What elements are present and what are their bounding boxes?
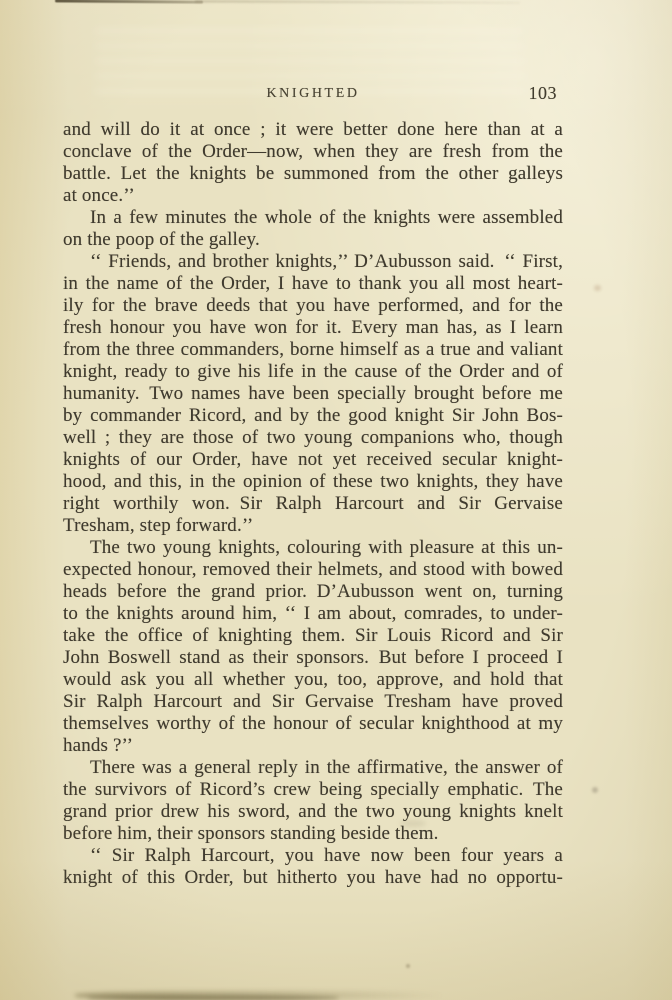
text-line: by commander Ricord, and by the good kni…: [63, 405, 563, 427]
text-line: and will do it at once ; it were better …: [63, 119, 563, 141]
paragraph: In a few minutes the whole of the knight…: [63, 207, 563, 251]
text-line: Tresham, step forward.’’: [63, 515, 563, 537]
text-line: ‘‘ Friends, and brother knights,’’ D’Aub…: [63, 251, 563, 273]
paragraph: ‘‘ Friends, and brother knights,’’ D’Aub…: [63, 251, 563, 537]
scan-artifact-top-edge: [55, 0, 203, 4]
text-line: knights of our Order, have not yet recei…: [63, 449, 563, 471]
running-title: KNIGHTED: [63, 86, 563, 102]
text-line: grand prior drew his sword, and the two …: [63, 801, 563, 823]
text-line: well ; they are those of two young compa…: [63, 427, 563, 449]
text-line: at once.’’: [63, 185, 563, 207]
text-line: knight of this Order, but hitherto you h…: [63, 867, 563, 889]
text-line: The two young knights, colouring with pl…: [63, 537, 563, 559]
text-line: to the knights around him, ‘‘ I am about…: [63, 603, 563, 625]
page-body: and will do it at once ; it were better …: [63, 119, 563, 889]
scan-artifact-bottom-shadow: [75, 991, 445, 1000]
text-line: ‘‘ Sir Ralph Harcourt, you have now been…: [63, 845, 563, 867]
text-line: knight, ready to give his life in the ca…: [63, 361, 563, 383]
text-line: the survivors of Ricord’s crew being spe…: [63, 779, 563, 801]
paragraph: The two young knights, colouring with pl…: [63, 537, 563, 757]
text-line: before him, their sponsors standing besi…: [63, 823, 563, 845]
text-line: would ask you all whether you, too, appr…: [63, 669, 563, 691]
scan-artifact-bottom-shadow: [88, 996, 338, 1000]
paper-speck: [592, 787, 598, 793]
text-line: ily for the brave deeds that you have pe…: [63, 295, 563, 317]
paper-speck: [406, 964, 410, 968]
paper-speck: [594, 285, 601, 291]
text-line: battle. Let the knights be summoned from…: [63, 163, 563, 185]
text-line: hood, and this, in the opinion of these …: [63, 471, 563, 493]
text-line: conclave of the Order—now, when they are…: [63, 141, 563, 163]
text-line: on the poop of the galley.: [63, 229, 563, 251]
text-line: In a few minutes the whole of the knight…: [63, 207, 563, 229]
book-page-scan: KNIGHTED 103 and will do it at once ; it…: [0, 0, 672, 1000]
page-number: 103: [529, 83, 558, 104]
page-header: KNIGHTED 103: [63, 83, 563, 105]
text-line: There was a general reply in the affirma…: [63, 757, 563, 779]
text-line: fresh honour you have won for it. Every …: [63, 317, 563, 339]
paragraph: There was a general reply in the affirma…: [63, 757, 563, 845]
scan-artifact-top-edge-faint: [195, 0, 520, 3]
text-line: in the name of the Order, I have to than…: [63, 273, 563, 295]
text-line: right worthily won. Sir Ralph Harcourt a…: [63, 493, 563, 515]
text-line: take the office of knighting them. Sir L…: [63, 625, 563, 647]
text-line: John Boswell stand as their sponsors. Bu…: [63, 647, 563, 669]
text-line: from the three commanders, borne himself…: [63, 339, 563, 361]
text-line: Sir Ralph Harcourt and Sir Gervaise Tres…: [63, 691, 563, 713]
paragraph: and will do it at once ; it were better …: [63, 119, 563, 207]
text-line: themselves worthy of the honour of secul…: [63, 713, 563, 735]
text-line: heads before the grand prior. D’Aubusson…: [63, 581, 563, 603]
paragraph: ‘‘ Sir Ralph Harcourt, you have now been…: [63, 845, 563, 889]
text-line: humanity. Two names have been specially …: [63, 383, 563, 405]
text-line: hands ?’’: [63, 735, 563, 757]
text-line: expected honour, removed their helmets, …: [63, 559, 563, 581]
